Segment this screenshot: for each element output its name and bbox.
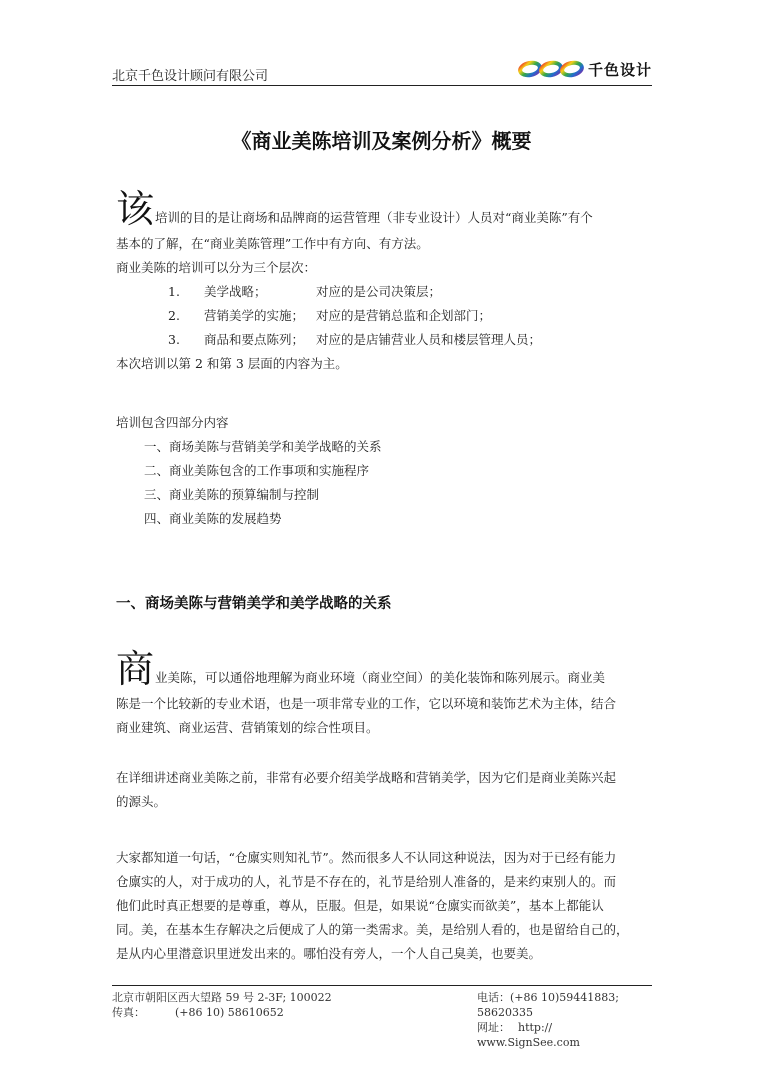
section1-paragraph-1: 商 业美陈，可以通俗地理解为商业环境（商业空间）的美化装饰和陈列展示。商业美 陈… bbox=[116, 648, 651, 740]
contents-item: 一、商场美陈与营销美学和美学战略的关系 bbox=[116, 435, 651, 459]
intro-line-1: 培训的目的是让商场和品牌商的运营管理（非专业设计）人员对“商业美陈”有个 bbox=[155, 208, 593, 228]
contents-item: 二、商业美陈包含的工作事项和实施程序 bbox=[116, 459, 651, 483]
contents-heading: 培训包含四部分内容 bbox=[116, 411, 651, 435]
section1-paragraph-2: 在详细讲述商业美陈之前，非常有必要介绍美学战略和营销美学，因为它们是商业美陈兴起… bbox=[116, 766, 651, 814]
document-title: 《商业美陈培训及案例分析》概要 bbox=[0, 125, 763, 154]
training-focus: 本次培训以第 2 和第 3 层面的内容为主。 bbox=[116, 352, 651, 376]
footer-website: 网址：http:// www.SignSee.com bbox=[477, 1020, 652, 1050]
intro-paragraph: 该 培训的目的是让商场和品牌商的运营管理（非专业设计）人员对“商业美陈”有个 基… bbox=[116, 188, 651, 376]
footer-address: 北京市朝阳区西大望路 59 号 2-3F; 100022 bbox=[112, 990, 332, 1005]
contents-list: 培训包含四部分内容 一、商场美陈与营销美学和美学战略的关系 二、商业美陈包含的工… bbox=[116, 411, 651, 531]
contents-item: 四、商业美陈的发展趋势 bbox=[116, 507, 651, 531]
level-item: 1. 美学战略； 对应的是公司决策层； bbox=[116, 280, 651, 304]
page-footer: 北京市朝阳区西大望路 59 号 2-3F; 100022 传真：(+86 10)… bbox=[112, 985, 652, 1026]
page-header: 北京千色设计顾问有限公司 千色设计 bbox=[112, 55, 652, 86]
three-ring-logo-icon bbox=[518, 60, 584, 78]
section1-paragraph-3: 大家都知道一句话，“仓廪实则知礼节”。然而很多人不认同这种说法，因为对于已经有能… bbox=[116, 846, 651, 966]
level-item: 2. 营销美学的实施； 对应的是营销总监和企划部门； bbox=[116, 304, 651, 328]
level-item: 3. 商品和要点陈列； 对应的是店铺营业人员和楼层管理人员； bbox=[116, 328, 651, 352]
dropcap: 该 bbox=[116, 190, 154, 228]
company-name: 北京千色设计顾问有限公司 bbox=[112, 65, 268, 84]
company-logo: 千色设计 bbox=[518, 57, 652, 81]
levels-intro: 商业美陈的培训可以分为三个层次： bbox=[116, 256, 651, 280]
intro-first-line: 该 培训的目的是让商场和品牌商的运营管理（非专业设计）人员对“商业美陈”有个 bbox=[116, 188, 651, 228]
footer-fax: 传真：(+86 10) 58610652 bbox=[112, 1005, 332, 1020]
contents-item: 三、商业美陈的预算编制与控制 bbox=[116, 483, 651, 507]
logo-text: 千色设计 bbox=[588, 59, 652, 80]
intro-line-2: 基本的了解，在“商业美陈管理”工作中有方向、有方法。 bbox=[116, 232, 651, 256]
section-heading: 一、商场美陈与营销美学和美学战略的关系 bbox=[116, 592, 392, 613]
footer-phone: 电话：(+86 10)59441883; 58620335 bbox=[477, 990, 652, 1020]
dropcap: 商 bbox=[116, 650, 154, 688]
